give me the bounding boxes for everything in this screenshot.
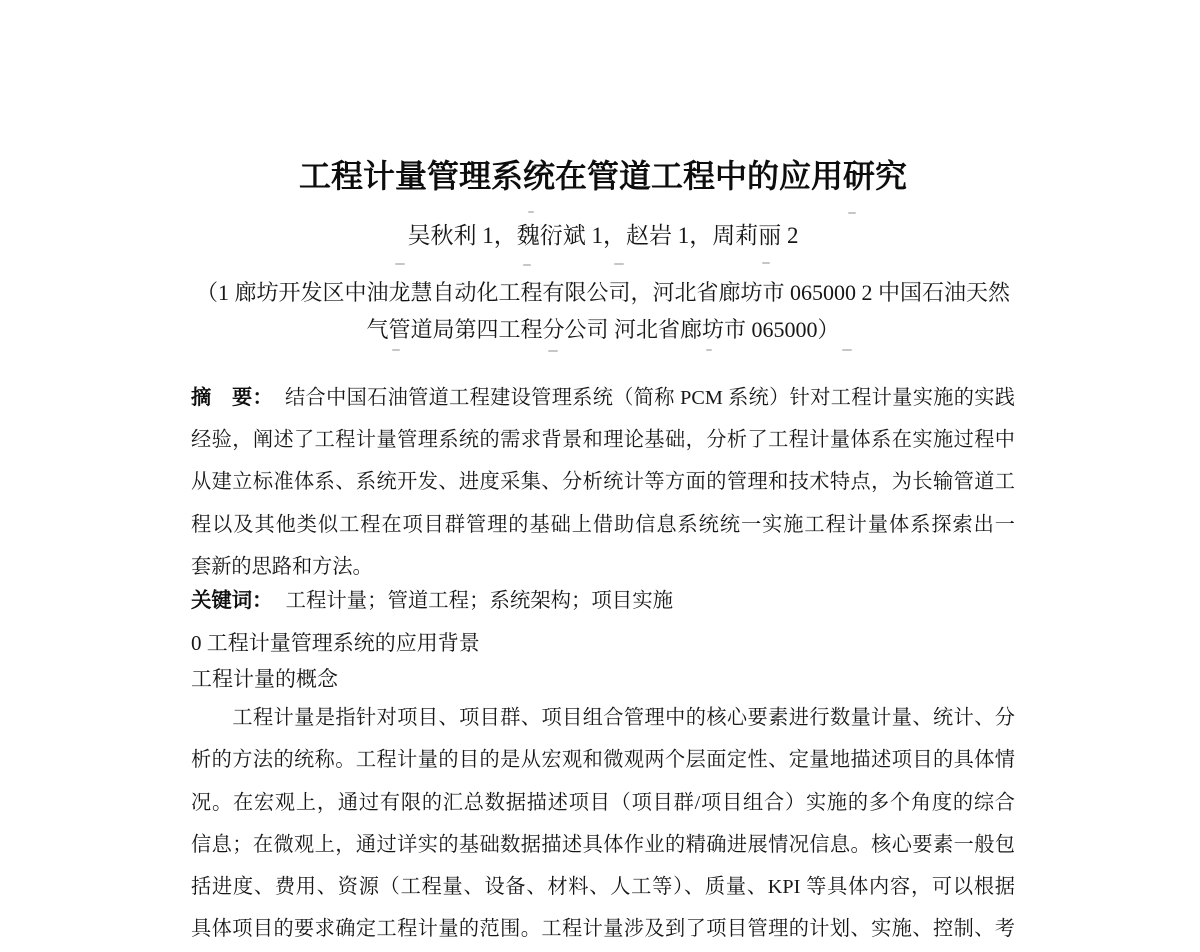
abstract-section: 摘 要：结合中国石油管道工程建设管理系统（简称 PCM 系统）针对工程计量实施的… [191,377,1015,588]
keywords-line: 关键词：工程计量；管道工程；系统架构；项目实施 [191,588,1015,614]
abstract-first-line: 摘 要：结合中国石油管道工程建设管理系统（简称 PCM 系统）针对工程计量实施的… [191,377,1015,419]
text-line: 况。在宏观上，通过有限的汇总数据描述项目（项目群/项目组合）实施的多个角度的综合 [191,782,1015,824]
scan-speckle [842,349,852,351]
section-heading-0: 0 工程计量管理系统的应用背景 [191,630,1015,656]
scan-speckle [528,211,534,213]
text-line: 经验，阐述了工程计量管理系统的需求背景和理论基础，分析了工程计量体系在实施过程中 [191,419,1015,461]
text-line: 信息；在微观上，通过详实的基础数据描述具体作业的精确进展情况信息。核心要素一般包 [191,824,1015,866]
text-line: 括进度、费用、资源（工程量、设备、材料、人工等）、质量、KPI 等具体内容，可以… [191,866,1015,908]
keywords-label: 关键词： [191,590,273,612]
abstract-first-line-text: 结合中国石油管道工程建设管理系统（简称 PCM 系统）针对工程计量实施的实践 [285,387,1015,409]
affiliation: （1 廊坊开发区中油龙慧自动化工程有限公司，河北省廊坊市 065000 2 中国… [191,274,1015,348]
scan-speckle [614,263,624,265]
abstract-label: 摘 要： [191,387,273,409]
keywords-text: 工程计量；管道工程；系统架构；项目实施 [286,590,673,612]
affiliation-line-2: 气管道局第四工程分公司 河北省廊坊市 065000） [191,311,1015,348]
authors-line: 吴秋利 1，魏衍斌 1，赵岩 1，周莉丽 2 [191,222,1015,250]
text-line: 套新的思路和方法。 [191,546,1015,588]
subsection-heading-concept: 工程计量的概念 [191,666,1015,692]
scan-speckle [706,349,712,351]
text-line: 工程计量是指针对项目、项目群、项目组合管理中的核心要素进行数量计量、统计、分 [191,697,1015,739]
body-paragraph: 工程计量是指针对项目、项目群、项目组合管理中的核心要素进行数量计量、统计、分析的… [191,697,1015,951]
text-line: 析的方法的统称。工程计量的目的是从宏观和微观两个层面定性、定量地描述项目的具体情 [191,739,1015,781]
scan-speckle [523,264,531,266]
abstract-body-lines: 经验，阐述了工程计量管理系统的需求背景和理论基础，分析了工程计量体系在实施过程中… [191,419,1015,588]
affiliation-line-1: （1 廊坊开发区中油龙慧自动化工程有限公司，河北省廊坊市 065000 2 中国… [191,274,1015,311]
scan-speckle [762,262,770,264]
paper-title: 工程计量管理系统在管道工程中的应用研究 [191,156,1015,196]
scan-speckle [848,212,856,214]
scanned-paper-page: 工程计量管理系统在管道工程中的应用研究 吴秋利 1，魏衍斌 1，赵岩 1，周莉丽… [0,0,1200,952]
scan-speckle [395,263,405,265]
scan-speckle [548,350,558,352]
scan-speckle [392,349,400,351]
text-line: 具体项目的要求确定工程计量的范围。工程计量涉及到了项目管理的计划、实施、控制、考 [191,908,1015,950]
text-line: 程以及其他类似工程在项目群管理的基础上借助信息系统统一实施工程计量体系探索出一 [191,504,1015,546]
text-line: 从建立标准体系、系统开发、进度采集、分析统计等方面的管理和技术特点，为长输管道工 [191,461,1015,503]
